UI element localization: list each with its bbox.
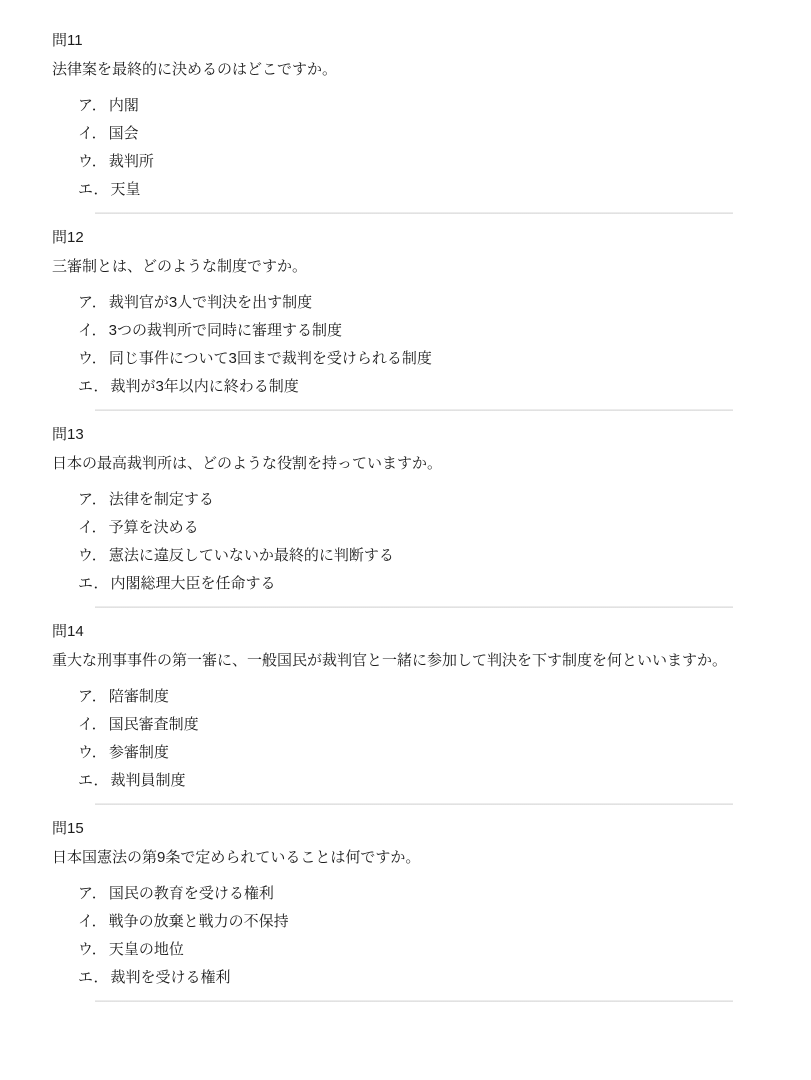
- option-item: イ．戦争の放棄と戦力の不保持: [78, 914, 759, 930]
- options-list: ア．陪審制度 イ．国民審査制度 ウ．参審制度 エ．裁判員制度: [52, 689, 759, 789]
- option-label: ア．: [78, 294, 107, 311]
- option-item: イ．3つの裁判所で同時に審理する制度: [78, 323, 759, 339]
- question-text: 日本の最高裁判所は、どのような役割を持っていますか。: [52, 456, 759, 472]
- option-label: イ．: [78, 125, 107, 142]
- option-item: ア．陪審制度: [78, 689, 759, 705]
- option-label: イ．: [78, 322, 107, 339]
- option-item: ウ．同じ事件について3回まで裁判を受けられる制度: [78, 351, 759, 367]
- option-text: 予算を決める: [109, 519, 199, 536]
- option-label: ウ．: [78, 350, 107, 367]
- question-text: 三審制とは、どのような制度ですか。: [52, 259, 759, 275]
- option-item: エ．裁判員制度: [78, 773, 759, 789]
- option-label: エ．: [78, 772, 108, 789]
- option-text: 同じ事件について3回まで裁判を受けられる制度: [109, 350, 432, 367]
- option-label: イ．: [78, 519, 107, 536]
- option-item: ア．法律を制定する: [78, 492, 759, 508]
- option-item: ア．内閣: [78, 98, 759, 114]
- quiz-page: 問11 法律案を最終的に決めるのはどこですか。 ア．内閣 イ．国会 ウ．裁判所 …: [0, 0, 811, 1002]
- option-text: 天皇の地位: [109, 941, 184, 958]
- options-list: ア．内閣 イ．国会 ウ．裁判所 エ．天皇: [52, 98, 759, 198]
- option-text: 裁判を受ける権利: [110, 969, 230, 986]
- option-text: 天皇: [110, 181, 140, 198]
- option-text: 国民の教育を受ける権利: [109, 885, 274, 902]
- option-item: エ．天皇: [78, 182, 759, 198]
- question-number: 問14: [52, 624, 759, 640]
- option-text: 参審制度: [109, 744, 169, 761]
- option-item: ウ．天皇の地位: [78, 942, 759, 958]
- options-list: ア．国民の教育を受ける権利 イ．戦争の放棄と戦力の不保持 ウ．天皇の地位 エ．裁…: [52, 886, 759, 986]
- option-item: ウ．憲法に違反していないか最終的に判断する: [78, 548, 759, 564]
- options-list: ア．法律を制定する イ．予算を決める ウ．憲法に違反していないか最終的に判断する…: [52, 492, 759, 592]
- option-label: ア．: [78, 688, 107, 705]
- question-divider: [95, 409, 733, 411]
- question-number: 問11: [52, 33, 759, 49]
- question-block-14: 問14 重大な刑事事件の第一審に、一般国民が裁判官と一緒に参加して判決を下す制度…: [52, 624, 759, 789]
- option-text: 国会: [109, 125, 139, 142]
- option-item: エ．裁判が3年以内に終わる制度: [78, 379, 759, 395]
- question-text: 法律案を最終的に決めるのはどこですか。: [52, 62, 759, 78]
- option-text: 憲法に違反していないか最終的に判断する: [109, 547, 394, 564]
- question-divider: [95, 803, 733, 805]
- option-item: イ．予算を決める: [78, 520, 759, 536]
- option-text: 戦争の放棄と戦力の不保持: [109, 913, 289, 930]
- option-item: ア．国民の教育を受ける権利: [78, 886, 759, 902]
- option-label: ウ．: [78, 153, 107, 170]
- option-label: ウ．: [78, 547, 107, 564]
- option-item: イ．国民審査制度: [78, 717, 759, 733]
- option-item: エ．内閣総理大臣を任命する: [78, 576, 759, 592]
- question-text: 重大な刑事事件の第一審に、一般国民が裁判官と一緒に参加して判決を下す制度を何とい…: [52, 653, 759, 669]
- option-label: イ．: [78, 716, 107, 733]
- option-item: ア．裁判官が3人で判決を出す制度: [78, 295, 759, 311]
- option-label: エ．: [78, 378, 108, 395]
- option-label: ア．: [78, 97, 107, 114]
- question-divider: [95, 606, 733, 608]
- question-number: 問12: [52, 230, 759, 246]
- option-text: 国民審査制度: [109, 716, 199, 733]
- option-label: ウ．: [78, 941, 107, 958]
- option-text: 陪審制度: [109, 688, 169, 705]
- option-label: イ．: [78, 913, 107, 930]
- option-text: 内閣: [109, 97, 139, 114]
- option-item: エ．裁判を受ける権利: [78, 970, 759, 986]
- option-item: ウ．裁判所: [78, 154, 759, 170]
- option-label: ウ．: [78, 744, 107, 761]
- options-list: ア．裁判官が3人で判決を出す制度 イ．3つの裁判所で同時に審理する制度 ウ．同じ…: [52, 295, 759, 395]
- question-number: 問15: [52, 821, 759, 837]
- option-item: イ．国会: [78, 126, 759, 142]
- option-text: 裁判官が3人で判決を出す制度: [109, 294, 312, 311]
- question-block-15: 問15 日本国憲法の第9条で定められていることは何ですか。 ア．国民の教育を受け…: [52, 821, 759, 986]
- option-text: 内閣総理大臣を任命する: [110, 575, 275, 592]
- option-label: エ．: [78, 575, 108, 592]
- option-item: ウ．参審制度: [78, 745, 759, 761]
- question-block-11: 問11 法律案を最終的に決めるのはどこですか。 ア．内閣 イ．国会 ウ．裁判所 …: [52, 33, 759, 198]
- question-divider: [95, 1000, 733, 1002]
- option-text: 裁判所: [109, 153, 154, 170]
- question-block-13: 問13 日本の最高裁判所は、どのような役割を持っていますか。 ア．法律を制定する…: [52, 427, 759, 592]
- option-label: ア．: [78, 491, 107, 508]
- option-text: 法律を制定する: [109, 491, 214, 508]
- question-divider: [95, 212, 733, 214]
- option-label: ア．: [78, 885, 107, 902]
- option-text: 裁判が3年以内に終わる制度: [110, 378, 298, 395]
- option-label: エ．: [78, 969, 108, 986]
- option-label: エ．: [78, 181, 108, 198]
- question-block-12: 問12 三審制とは、どのような制度ですか。 ア．裁判官が3人で判決を出す制度 イ…: [52, 230, 759, 395]
- question-text: 日本国憲法の第9条で定められていることは何ですか。: [52, 850, 759, 866]
- option-text: 3つの裁判所で同時に審理する制度: [109, 322, 342, 339]
- question-number: 問13: [52, 427, 759, 443]
- option-text: 裁判員制度: [110, 772, 185, 789]
